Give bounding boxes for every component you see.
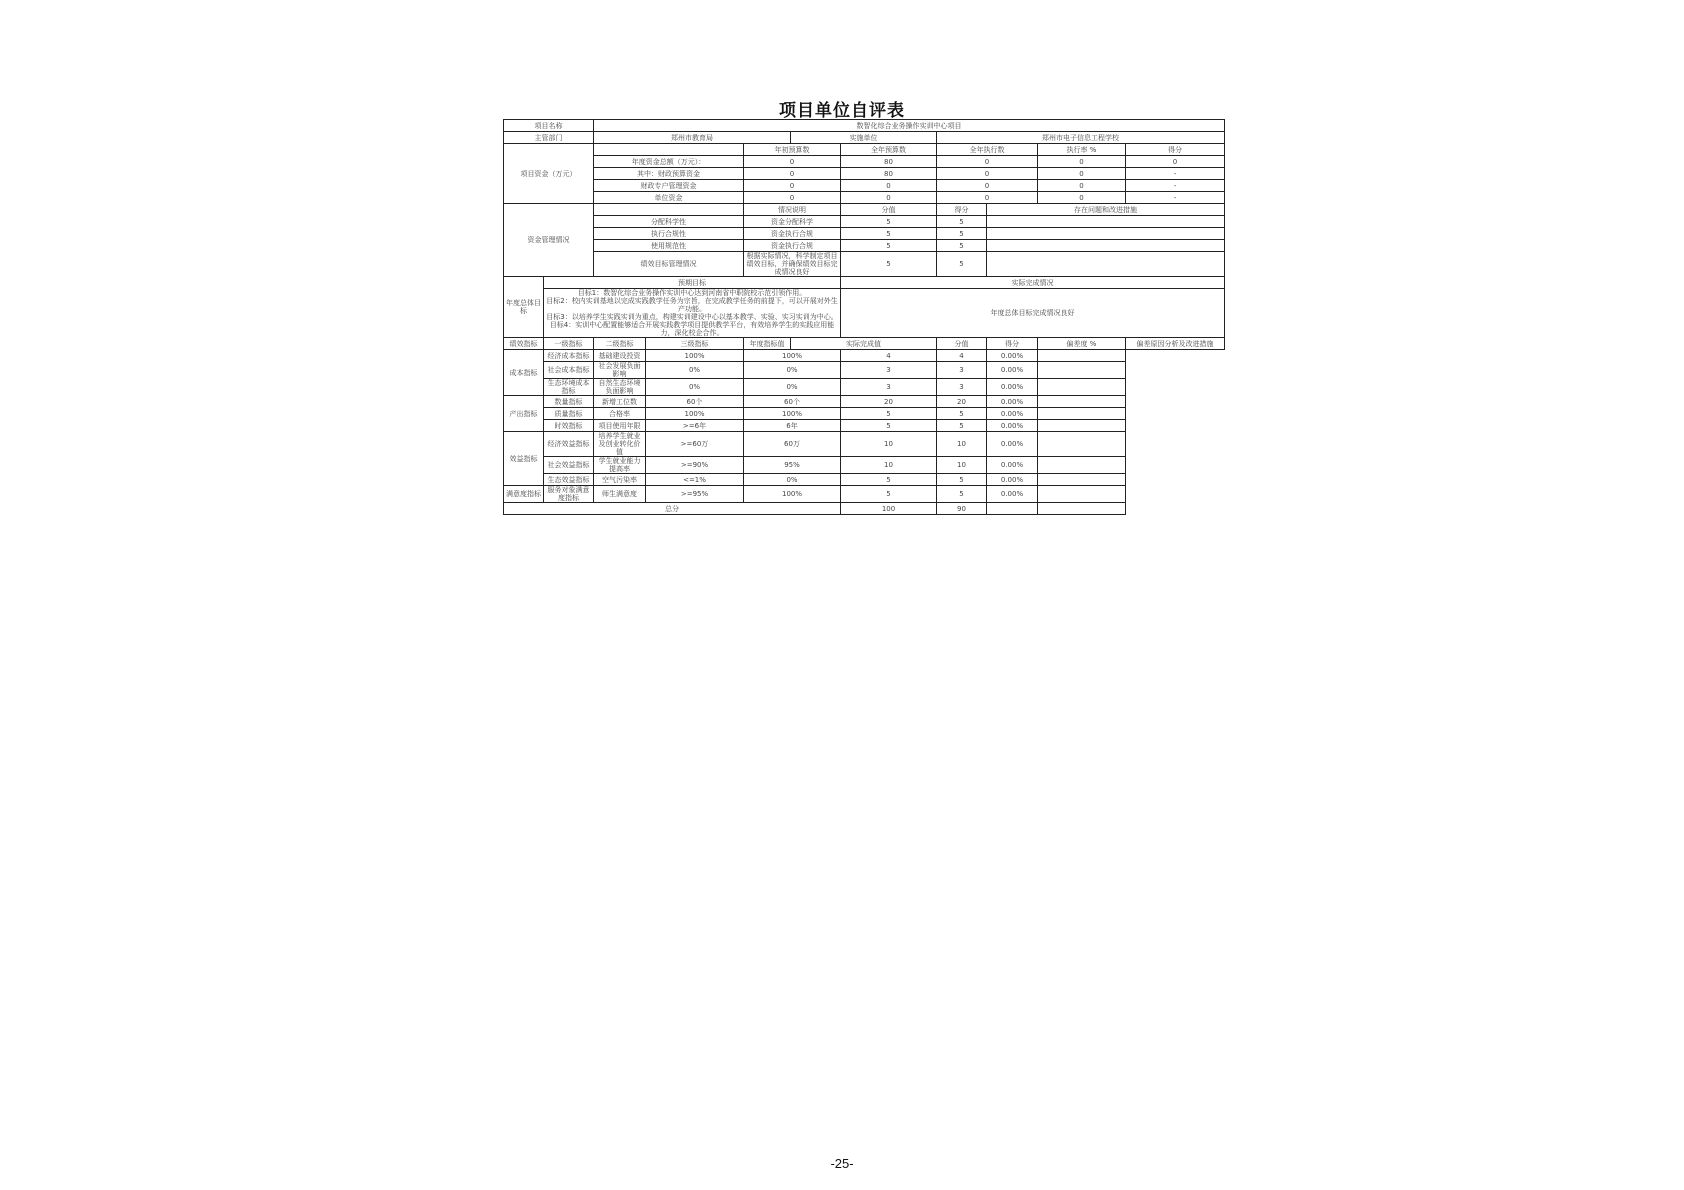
- perf-level3: 自然生态环境负面影响: [594, 379, 646, 396]
- funds-executed: 0: [937, 156, 1038, 168]
- perf-score-value: 10: [841, 457, 937, 474]
- fund-mgmt-section-label: 资金管理情况: [504, 204, 594, 277]
- perf-reason: [1038, 457, 1126, 474]
- objectives-body-row: 目标1：数智化综合业务操作实训中心达到河南省中职院校示范引领作用。 目标2：校内…: [504, 289, 1225, 338]
- page-number: -25-: [0, 1156, 1684, 1171]
- perf-target: <=1%: [646, 474, 744, 486]
- perf-score: 20: [937, 396, 987, 408]
- perf-target: >=95%: [646, 486, 744, 503]
- perf-level1: 满意度指标: [504, 486, 544, 503]
- perf-level2: 社会成本指标: [544, 362, 594, 379]
- perf-reason: [1038, 474, 1126, 486]
- performance-row: 生态环境成本指标自然生态环境负面影响0%0%330.00%: [504, 379, 1225, 396]
- perf-level3: 社会发展负面影响: [594, 362, 646, 379]
- fund-mgmt-header-desc: 情况说明: [744, 204, 841, 216]
- dept-row: 主管部门 郑州市教育局 实施单位 郑州市电子信息工程学校: [504, 132, 1225, 144]
- funds-row: 财政专户管理资金 0 0 0 0 -: [504, 180, 1225, 192]
- funds-initial: 0: [744, 168, 841, 180]
- funds-annual: 80: [841, 156, 937, 168]
- project-name-label: 项目名称: [504, 120, 594, 132]
- perf-reason: [1038, 408, 1126, 420]
- objectives-header-row: 年度总体目标 预期目标 实际完成情况: [504, 277, 1225, 289]
- impl-value: 郑州市电子信息工程学校: [937, 132, 1225, 144]
- fund-mgmt-header-score-value: 分值: [841, 204, 937, 216]
- impl-label: 实施单位: [791, 132, 937, 144]
- perf-deviation: 0.00%: [987, 396, 1038, 408]
- fund-mgmt-desc: 资金执行合规: [744, 240, 841, 252]
- funds-annual: 0: [841, 192, 937, 204]
- perf-score-value: 5: [841, 486, 937, 503]
- perf-level2: 生态环境成本指标: [544, 379, 594, 396]
- project-name-value: 数智化综合业务操作实训中心项目: [594, 120, 1225, 132]
- perf-score: 5: [937, 408, 987, 420]
- perf-score-value: 5: [841, 420, 937, 432]
- performance-row: 生态效益指标空气污染率<=1%0%550.00%: [504, 474, 1225, 486]
- objective-line: 目标1：数智化综合业务操作实训中心达到河南省中职院校示范引领作用。: [546, 289, 838, 297]
- fund-mgmt-desc: 资金执行合规: [744, 228, 841, 240]
- funds-section-label: 项目资金（万元）: [504, 144, 594, 204]
- fund-mgmt-header-blank: [594, 204, 744, 216]
- performance-section-label: 绩效指标: [504, 338, 544, 350]
- funds-header-executed: 全年执行数: [937, 144, 1038, 156]
- objectives-actual: 年度总体目标完成情况良好: [841, 289, 1225, 338]
- perf-level2: 数量指标: [544, 396, 594, 408]
- funds-row-label: 财政专户管理资金: [594, 180, 744, 192]
- performance-row: 产出指标数量指标新增工位数60个60个20200.00%: [504, 396, 1225, 408]
- perf-deviation: 0.00%: [987, 379, 1038, 396]
- dept-value: 郑州市教育局: [594, 132, 791, 144]
- perf-level2: 经济成本指标: [544, 350, 594, 362]
- objectives-section-label: 年度总体目标: [504, 277, 544, 338]
- perf-total-reason: [1038, 503, 1126, 515]
- perf-score-value: 4: [841, 350, 937, 362]
- perf-actual: 60万: [744, 432, 841, 457]
- perf-level1: 效益指标: [504, 432, 544, 486]
- perf-reason: [1038, 420, 1126, 432]
- funds-initial: 0: [744, 180, 841, 192]
- objectives-planned: 目标1：数智化综合业务操作实训中心达到河南省中职院校示范引领作用。 目标2：校内…: [544, 289, 841, 338]
- perf-header-target: 年度指标值: [744, 338, 791, 350]
- perf-deviation: 0.00%: [987, 486, 1038, 503]
- perf-actual: 100%: [744, 408, 841, 420]
- performance-row: 效益指标经济效益指标培养学生就业及创业转化价值>=60万60万10100.00%: [504, 432, 1225, 457]
- performance-row: 质量指标合格率100%100%550.00%: [504, 408, 1225, 420]
- fund-mgmt-issues: [987, 228, 1225, 240]
- fund-mgmt-score: 5: [937, 240, 987, 252]
- fund-mgmt-header-issues: 存在问题和改进措施: [987, 204, 1225, 216]
- funds-rate: 0: [1038, 180, 1126, 192]
- perf-level3: 基础建设投资: [594, 350, 646, 362]
- fund-mgmt-issues: [987, 252, 1225, 277]
- fund-mgmt-row: 分配科学性 资金分配科学 5 5: [504, 216, 1225, 228]
- funds-row-label: 年度资金总额（万元）：: [594, 156, 744, 168]
- funds-row-label: 单位资金: [594, 192, 744, 204]
- perf-level3: 项目使用年限: [594, 420, 646, 432]
- funds-row: 其中：财政预算资金 0 80 0 0 -: [504, 168, 1225, 180]
- perf-score: 3: [937, 362, 987, 379]
- perf-deviation: 0.00%: [987, 420, 1038, 432]
- perf-actual: 100%: [744, 350, 841, 362]
- perf-actual: 0%: [744, 379, 841, 396]
- funds-header-initial: 年初预算数: [744, 144, 841, 156]
- perf-header-deviation: 偏差度 %: [1038, 338, 1126, 350]
- perf-score: 5: [937, 420, 987, 432]
- perf-target: >=90%: [646, 457, 744, 474]
- perf-level3: 空气污染率: [594, 474, 646, 486]
- perf-score: 4: [937, 350, 987, 362]
- perf-deviation: 0.00%: [987, 408, 1038, 420]
- perf-score: 5: [937, 486, 987, 503]
- perf-reason: [1038, 350, 1126, 362]
- fund-mgmt-desc: 资金分配科学: [744, 216, 841, 228]
- perf-score: 3: [937, 379, 987, 396]
- funds-rate: 0: [1038, 168, 1126, 180]
- perf-total-score-value: 100: [841, 503, 937, 515]
- perf-actual: 6年: [744, 420, 841, 432]
- perf-level1: 产出指标: [504, 396, 544, 432]
- perf-total-score: 90: [937, 503, 987, 515]
- funds-executed: 0: [937, 180, 1038, 192]
- perf-target: 0%: [646, 379, 744, 396]
- perf-target: >=6年: [646, 420, 744, 432]
- perf-score-value: 20: [841, 396, 937, 408]
- fund-mgmt-desc: 根据实际情况，科学制定项目绩效目标，并确保绩效目标完成情况良好: [744, 252, 841, 277]
- funds-executed: 0: [937, 192, 1038, 204]
- perf-reason: [1038, 432, 1126, 457]
- funds-rate: 0: [1038, 156, 1126, 168]
- perf-target: 60个: [646, 396, 744, 408]
- perf-level2: 社会效益指标: [544, 457, 594, 474]
- fund-mgmt-row: 执行合规性 资金执行合规 5 5: [504, 228, 1225, 240]
- perf-header-level3: 三级指标: [646, 338, 744, 350]
- perf-level1: 成本指标: [504, 350, 544, 396]
- perf-score-value: 10: [841, 432, 937, 457]
- fund-mgmt-row: 绩效目标管理情况 根据实际情况，科学制定项目绩效目标，并确保绩效目标完成情况良好…: [504, 252, 1225, 277]
- performance-row: 社会效益指标学生就业能力提高率>=90%95%10100.00%: [504, 457, 1225, 474]
- perf-deviation: 0.00%: [987, 474, 1038, 486]
- perf-actual: 100%: [744, 486, 841, 503]
- perf-header-score-value: 分值: [937, 338, 987, 350]
- perf-total-deviation: [987, 503, 1038, 515]
- perf-score-value: 5: [841, 408, 937, 420]
- perf-level2: 服务对象满意度指标: [544, 486, 594, 503]
- fund-mgmt-score: 5: [937, 252, 987, 277]
- perf-deviation: 0.00%: [987, 362, 1038, 379]
- funds-annual: 80: [841, 168, 937, 180]
- perf-score: 10: [937, 457, 987, 474]
- perf-deviation: 0.00%: [987, 457, 1038, 474]
- fund-mgmt-score: 5: [937, 216, 987, 228]
- perf-deviation: 0.00%: [987, 432, 1038, 457]
- fund-mgmt-label: 执行合规性: [594, 228, 744, 240]
- perf-level3: 新增工位数: [594, 396, 646, 408]
- perf-actual: 60个: [744, 396, 841, 408]
- fund-mgmt-score-value: 5: [841, 216, 937, 228]
- perf-level3: 师生满意度: [594, 486, 646, 503]
- perf-header-reason: 偏差原因分析及改进措施: [1126, 338, 1225, 350]
- fund-mgmt-row: 使用规范性 资金执行合规 5 5: [504, 240, 1225, 252]
- perf-actual: 0%: [744, 362, 841, 379]
- perf-level2: 生态效益指标: [544, 474, 594, 486]
- performance-row: 成本指标经济成本指标基础建设投资100%100%440.00%: [504, 350, 1225, 362]
- funds-header-rate-score: 执行率 %: [1038, 144, 1126, 156]
- perf-header-score: 得分: [987, 338, 1038, 350]
- fund-mgmt-score-value: 5: [841, 240, 937, 252]
- fund-mgmt-score-value: 5: [841, 228, 937, 240]
- funds-header-score: 得分: [1126, 144, 1225, 156]
- perf-target: 100%: [646, 350, 744, 362]
- funds-row: 单位资金 0 0 0 0 -: [504, 192, 1225, 204]
- perf-score-value: 5: [841, 474, 937, 486]
- perf-target: 100%: [646, 408, 744, 420]
- perf-header-level1: 一级指标: [544, 338, 594, 350]
- perf-level2: 经济效益指标: [544, 432, 594, 457]
- funds-header-annual: 全年预算数: [841, 144, 937, 156]
- funds-row: 年度资金总额（万元）： 0 80 0 0 0: [504, 156, 1225, 168]
- fund-mgmt-header-score: 得分: [937, 204, 987, 216]
- self-evaluation-table: 项目名称 数智化综合业务操作实训中心项目 主管部门 郑州市教育局 实施单位 郑州…: [503, 119, 1225, 515]
- performance-row: 时效指标项目使用年限>=6年6年550.00%: [504, 420, 1225, 432]
- perf-deviation: 0.00%: [987, 350, 1038, 362]
- perf-header-actual: 实际完成值: [791, 338, 937, 350]
- perf-score-value: 3: [841, 379, 937, 396]
- funds-initial: 0: [744, 192, 841, 204]
- perf-level3: 学生就业能力提高率: [594, 457, 646, 474]
- funds-header-row: 项目资金（万元） 年初预算数 全年预算数 全年执行数 分值 执行率 % 得分: [504, 144, 1225, 156]
- funds-score: -: [1126, 180, 1225, 192]
- funds-header-blank: [594, 144, 744, 156]
- perf-reason: [1038, 486, 1126, 503]
- performance-header-row: 绩效指标 一级指标 二级指标 三级指标 年度指标值 实际完成值 分值 得分 偏差…: [504, 338, 1225, 350]
- perf-total-label: 总分: [504, 503, 841, 515]
- funds-initial: 0: [744, 156, 841, 168]
- perf-score: 10: [937, 432, 987, 457]
- perf-level3: 合格率: [594, 408, 646, 420]
- objective-line: 目标2：校内实训基地以完成实践教学任务为宗旨，在完成教学任务的前提下，可以开展对…: [546, 297, 838, 313]
- fund-mgmt-score: 5: [937, 228, 987, 240]
- performance-total-row: 总分10090: [504, 503, 1225, 515]
- funds-executed: 0: [937, 168, 1038, 180]
- perf-target: 0%: [646, 362, 744, 379]
- perf-level2: 质量指标: [544, 408, 594, 420]
- funds-row-label: 其中：财政预算资金: [594, 168, 744, 180]
- perf-reason: [1038, 396, 1126, 408]
- perf-reason: [1038, 379, 1126, 396]
- perf-target: >=60万: [646, 432, 744, 457]
- objectives-planned-header: 预期目标: [544, 277, 841, 289]
- perf-reason: [1038, 362, 1126, 379]
- fund-mgmt-issues: [987, 240, 1225, 252]
- performance-row: 社会成本指标社会发展负面影响0%0%330.00%: [504, 362, 1225, 379]
- fund-mgmt-score-value: 5: [841, 252, 937, 277]
- objective-line: 目标4：实训中心配置能够适合开展实践教学项目提供教学平台，有效培养学生的实践应用…: [546, 321, 838, 337]
- funds-score: -: [1126, 168, 1225, 180]
- fund-mgmt-header-row: 资金管理情况 情况说明 分值 得分 存在问题和改进措施: [504, 204, 1225, 216]
- objective-line: 目标3：以培养学生实践实训为重点，构建实训建设中心以基本教学、实验、实习实训为中…: [546, 313, 838, 321]
- perf-actual: 0%: [744, 474, 841, 486]
- perf-actual: 95%: [744, 457, 841, 474]
- objectives-actual-header: 实际完成情况: [841, 277, 1225, 289]
- funds-score: -: [1126, 192, 1225, 204]
- fund-mgmt-label: 使用规范性: [594, 240, 744, 252]
- performance-row: 满意度指标服务对象满意度指标师生满意度>=95%100%550.00%: [504, 486, 1225, 503]
- perf-score-value: 3: [841, 362, 937, 379]
- fund-mgmt-label: 分配科学性: [594, 216, 744, 228]
- perf-level3: 培养学生就业及创业转化价值: [594, 432, 646, 457]
- dept-label: 主管部门: [504, 132, 594, 144]
- perf-level2: 时效指标: [544, 420, 594, 432]
- funds-score: 0: [1126, 156, 1225, 168]
- funds-rate: 0: [1038, 192, 1126, 204]
- perf-score: 5: [937, 474, 987, 486]
- fund-mgmt-issues: [987, 216, 1225, 228]
- project-name-row: 项目名称 数智化综合业务操作实训中心项目: [504, 120, 1225, 132]
- fund-mgmt-label: 绩效目标管理情况: [594, 252, 744, 277]
- perf-header-level2: 二级指标: [594, 338, 646, 350]
- funds-annual: 0: [841, 180, 937, 192]
- page-title: 项目单位自评表: [0, 96, 1684, 121]
